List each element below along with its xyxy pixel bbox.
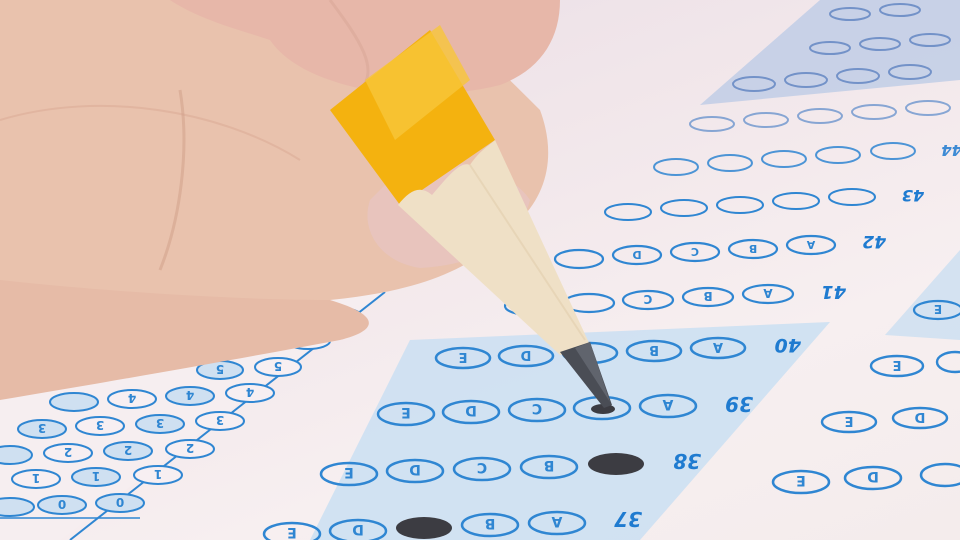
svg-text:41: 41 xyxy=(821,281,847,302)
svg-text:40: 40 xyxy=(775,334,802,356)
bubble-43-b[interactable] xyxy=(773,193,819,209)
svg-text:A: A xyxy=(713,339,723,354)
svg-text:C: C xyxy=(643,292,652,306)
svg-text:0: 0 xyxy=(58,497,66,511)
svg-text:C: C xyxy=(477,459,487,475)
svg-text:A: A xyxy=(763,286,773,300)
bubble-44-b[interactable] xyxy=(816,147,860,163)
svg-text:1: 1 xyxy=(154,467,162,481)
svg-text:2: 2 xyxy=(124,443,132,457)
svg-text:D: D xyxy=(465,402,477,418)
svg-text:4: 4 xyxy=(186,388,194,402)
bubble-43-c[interactable] xyxy=(717,197,763,213)
svg-text:1: 1 xyxy=(92,469,100,483)
svg-text:38: 38 xyxy=(673,449,701,473)
svg-text:D: D xyxy=(867,468,879,484)
bubble-44-c[interactable] xyxy=(762,151,806,167)
svg-text:E: E xyxy=(344,464,354,480)
svg-text:A: A xyxy=(806,238,815,251)
svg-text:2: 2 xyxy=(64,445,72,459)
svg-text:E: E xyxy=(934,302,942,316)
svg-text:B: B xyxy=(749,242,757,255)
svg-text:D: D xyxy=(520,347,531,362)
svg-text:D: D xyxy=(352,521,364,537)
photo-scene: 37 A B D E 38 B C D E 39 xyxy=(0,0,960,540)
svg-text:3: 3 xyxy=(216,413,224,427)
svg-text:E: E xyxy=(401,404,411,420)
bubble-43-e[interactable] xyxy=(605,204,651,220)
svg-text:B: B xyxy=(649,342,659,357)
svg-text:B: B xyxy=(703,289,712,303)
svg-text:42: 42 xyxy=(862,231,887,251)
svg-text:1: 1 xyxy=(32,471,40,485)
shaded-band-right xyxy=(885,250,960,340)
svg-text:E: E xyxy=(845,413,854,428)
svg-text:B: B xyxy=(544,457,555,473)
svg-text:37: 37 xyxy=(614,507,642,531)
answer-sheet-graphics: 37 A B D E 38 B C D E 39 xyxy=(0,0,960,540)
question-row-43: 43 xyxy=(605,186,925,220)
svg-text:E: E xyxy=(287,524,297,540)
bubble-44-e[interactable] xyxy=(654,159,698,175)
question-row-42: 42 A B C D xyxy=(555,231,887,268)
svg-text:5: 5 xyxy=(216,362,224,376)
svg-text:39: 39 xyxy=(725,392,753,416)
svg-text:3: 3 xyxy=(38,421,46,435)
svg-text:D: D xyxy=(409,461,421,477)
question-row-44: 44 xyxy=(654,141,960,175)
bubble-43-d[interactable] xyxy=(661,200,707,216)
svg-text:B: B xyxy=(485,515,496,531)
svg-text:E: E xyxy=(893,357,902,372)
bubble-43-a[interactable] xyxy=(829,189,875,205)
bubble-44-a[interactable] xyxy=(871,143,915,159)
svg-text:C: C xyxy=(532,400,542,416)
bubble-38-a-filled[interactable] xyxy=(588,453,644,475)
svg-text:4: 4 xyxy=(128,391,136,405)
svg-text:D: D xyxy=(632,248,641,261)
svg-text:0: 0 xyxy=(116,495,124,509)
svg-text:D: D xyxy=(914,409,925,424)
svg-text:E: E xyxy=(459,349,468,364)
svg-text:A: A xyxy=(551,513,562,529)
svg-text:2: 2 xyxy=(186,441,194,455)
svg-text:E: E xyxy=(796,472,806,488)
svg-text:43: 43 xyxy=(902,186,925,205)
svg-text:4: 4 xyxy=(246,385,254,399)
svg-text:A: A xyxy=(662,396,673,412)
svg-text:3: 3 xyxy=(156,416,164,430)
bubble-37-c-filled[interactable] xyxy=(396,517,452,539)
svg-text:3: 3 xyxy=(96,418,104,432)
svg-text:44: 44 xyxy=(941,141,960,159)
svg-text:C: C xyxy=(691,245,699,258)
bubble-44-d[interactable] xyxy=(708,155,752,171)
svg-text:5: 5 xyxy=(274,359,282,373)
bubble-42-e[interactable] xyxy=(555,250,603,268)
